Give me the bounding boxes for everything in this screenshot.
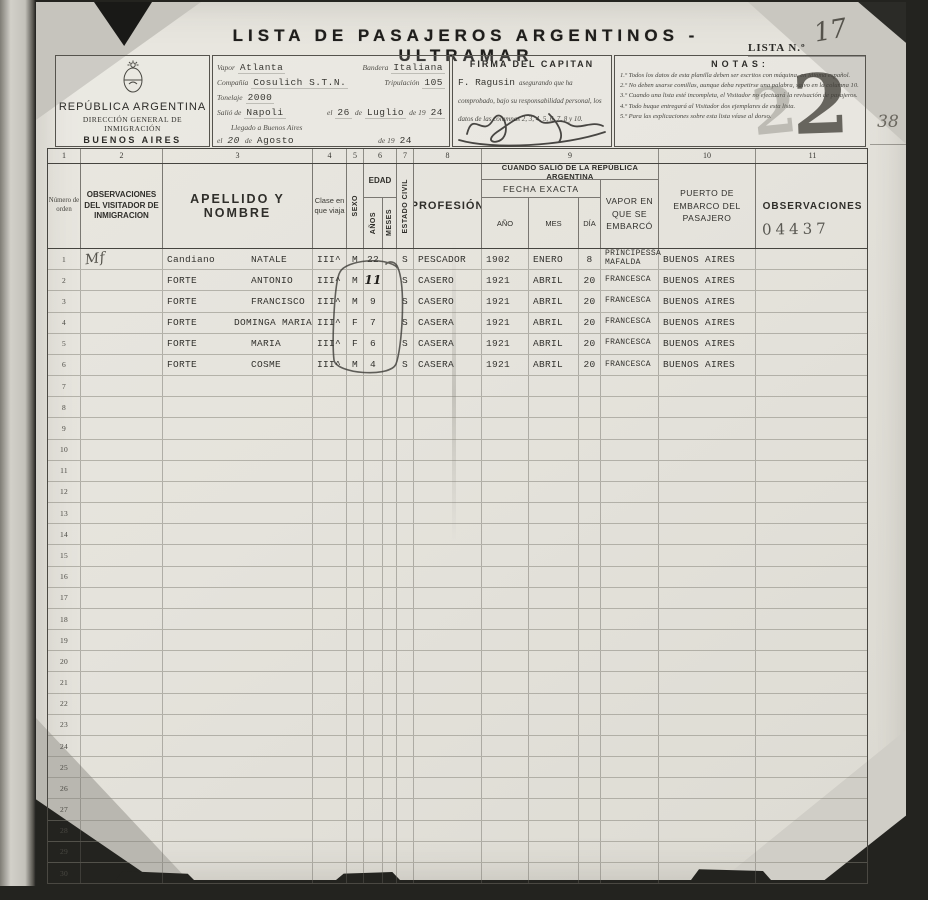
cell-row-number: 16 <box>48 567 81 587</box>
cell-apellido-nombre <box>163 694 313 714</box>
cell-obs <box>756 270 869 290</box>
salio-year: 24 <box>429 107 445 119</box>
cell-month <box>529 482 579 502</box>
table-row: 1MfCandianoNATALEIII^M22SPESCADOR1902ENE… <box>48 249 867 270</box>
cell-class <box>313 524 347 544</box>
cell-ship <box>601 567 659 587</box>
cell-months <box>383 588 397 608</box>
cell-sex <box>347 545 364 565</box>
cell-obs <box>756 863 869 883</box>
cell-obs <box>756 249 869 269</box>
cell-day <box>579 609 601 629</box>
header-numero: Número de orden <box>48 164 81 248</box>
col-number: 1 <box>48 149 81 163</box>
cell-ship <box>601 715 659 735</box>
cell-port <box>659 545 756 565</box>
cell-sex: M <box>347 270 364 290</box>
cell-port <box>659 757 756 777</box>
cell-day <box>579 503 601 523</box>
cell-row-number: 24 <box>48 736 81 756</box>
cell-day: 20 <box>579 355 601 375</box>
cell-apellido-nombre <box>163 651 313 671</box>
table-row: 15 <box>48 545 867 566</box>
cell-obs <box>756 313 869 333</box>
table-row: 19 <box>48 630 867 651</box>
cell-years <box>364 567 383 587</box>
cell-month: ABRIL <box>529 291 579 311</box>
cell-years: 11 <box>364 270 383 290</box>
ship-info-box: Vapor Atlanta Bandera Italiana Compañía … <box>212 55 450 147</box>
cell-visitador-obs <box>81 524 163 544</box>
cell-obs <box>756 821 869 841</box>
cell-port: BUENOS AIRES <box>659 313 756 333</box>
cell-year: 1921 <box>482 355 529 375</box>
cell-visitador-obs <box>81 291 163 311</box>
cell-year <box>482 376 529 396</box>
cell-months <box>383 291 397 311</box>
cell-sex <box>347 757 364 777</box>
cell-years <box>364 397 383 417</box>
cell-civil <box>397 651 414 671</box>
cell-class <box>313 482 347 502</box>
cell-visitador-obs <box>81 736 163 756</box>
cell-months <box>383 757 397 777</box>
cell-civil: S <box>397 313 414 333</box>
cell-civil <box>397 715 414 735</box>
cell-port <box>659 482 756 502</box>
cell-ship: FRANCESCA <box>601 334 659 354</box>
cell-port <box>659 461 756 481</box>
cell-years <box>364 609 383 629</box>
cell-month <box>529 418 579 438</box>
header-estado-civil: ESTADO CIVIL <box>397 164 414 248</box>
cell-years <box>364 418 383 438</box>
cell-class <box>313 609 347 629</box>
col-number: 5 <box>347 149 364 163</box>
cell-apellido-nombre <box>163 630 313 650</box>
cell-sex: F <box>347 313 364 333</box>
cell-row-number: 4 <box>48 313 81 333</box>
table-row: 3FORTEFRANCISCOIII^M9SCASERO1921ABRIL20F… <box>48 291 867 312</box>
cell-port <box>659 715 756 735</box>
cell-port <box>659 397 756 417</box>
cell-month: ABRIL <box>529 334 579 354</box>
cell-row-number: 7 <box>48 376 81 396</box>
cell-obs <box>756 630 869 650</box>
cell-port <box>659 503 756 523</box>
cell-class <box>313 799 347 819</box>
cell-class <box>313 672 347 692</box>
cell-profession <box>414 588 482 608</box>
cell-months <box>383 524 397 544</box>
cell-day <box>579 461 601 481</box>
cell-sex <box>347 715 364 735</box>
cell-day <box>579 778 601 798</box>
cell-year: 1921 <box>482 270 529 290</box>
table-row: 8 <box>48 397 867 418</box>
cell-class <box>313 461 347 481</box>
cell-years <box>364 651 383 671</box>
table-row: 30 <box>48 863 867 883</box>
page-number-handwritten: 38 <box>870 102 906 145</box>
cell-obs <box>756 842 869 862</box>
cell-apellido-nombre <box>163 842 313 862</box>
cell-day <box>579 736 601 756</box>
salio-day: 26 <box>335 107 351 119</box>
cell-row-number: 28 <box>48 821 81 841</box>
cell-row-number: 1 <box>48 249 81 269</box>
de-label: de <box>245 136 252 145</box>
cell-apellido-nombre: FORTEFRANCISCO <box>163 291 313 311</box>
cell-years <box>364 482 383 502</box>
header-apellido-nombre: APELLIDO Y NOMBRE <box>163 164 313 248</box>
cell-year <box>482 524 529 544</box>
table-row: 17 <box>48 588 867 609</box>
cell-civil <box>397 567 414 587</box>
cell-month <box>529 672 579 692</box>
cell-class <box>313 397 347 417</box>
cell-years <box>364 440 383 460</box>
cell-civil <box>397 630 414 650</box>
cell-ship <box>601 524 659 544</box>
cell-class <box>313 630 347 650</box>
cell-month <box>529 821 579 841</box>
cell-class <box>313 567 347 587</box>
stamp-number: 2 <box>791 63 851 147</box>
cell-class <box>313 588 347 608</box>
cell-row-number: 9 <box>48 418 81 438</box>
cell-years <box>364 821 383 841</box>
tonelaje-value: 2000 <box>246 92 275 104</box>
cell-civil: S <box>397 291 414 311</box>
cell-port <box>659 524 756 544</box>
cell-years: 9 <box>364 291 383 311</box>
table-row: 6FORTECOSMEIII^M4SCASERA1921ABRIL20FRANC… <box>48 355 867 376</box>
table-body: 1MfCandianoNATALEIII^M22SPESCADOR1902ENE… <box>47 249 868 884</box>
cell-ship <box>601 736 659 756</box>
cell-year <box>482 567 529 587</box>
cell-port: BUENOS AIRES <box>659 249 756 269</box>
cell-month <box>529 715 579 735</box>
cell-month <box>529 609 579 629</box>
cell-day <box>579 440 601 460</box>
cell-months <box>383 630 397 650</box>
cell-day <box>579 397 601 417</box>
cell-day <box>579 418 601 438</box>
cell-port <box>659 609 756 629</box>
cell-obs <box>756 291 869 311</box>
cell-visitador-obs <box>81 482 163 502</box>
cell-apellido-nombre <box>163 440 313 460</box>
cell-class <box>313 715 347 735</box>
cell-class <box>313 651 347 671</box>
cell-port <box>659 588 756 608</box>
cell-class <box>313 376 347 396</box>
tripulacion-value: 105 <box>422 77 445 89</box>
cell-day <box>579 672 601 692</box>
cell-port <box>659 842 756 862</box>
vapor-label: Vapor <box>217 63 235 72</box>
cell-civil <box>397 609 414 629</box>
llegado-year: 24 <box>398 135 414 147</box>
cell-sex <box>347 397 364 417</box>
bandera-value: Italiana <box>391 62 445 74</box>
cell-visitador-obs <box>81 821 163 841</box>
cell-obs <box>756 567 869 587</box>
cell-civil <box>397 482 414 502</box>
cell-civil <box>397 524 414 544</box>
compania-value: Cosulich S.T.N. <box>251 77 348 89</box>
cell-month <box>529 736 579 756</box>
cell-ship <box>601 799 659 819</box>
cell-obs <box>756 440 869 460</box>
cell-year <box>482 418 529 438</box>
cell-month <box>529 842 579 862</box>
cell-apellido-nombre: CandianoNATALE <box>163 249 313 269</box>
cell-ship <box>601 842 659 862</box>
cell-profession <box>414 376 482 396</box>
cell-apellido-nombre <box>163 545 313 565</box>
cell-row-number: 21 <box>48 672 81 692</box>
cell-class <box>313 503 347 523</box>
cell-profession <box>414 418 482 438</box>
cell-years: 6 <box>364 334 383 354</box>
header-edad: EDAD <box>364 164 397 198</box>
cell-sex <box>347 609 364 629</box>
col-number: 2 <box>81 149 163 163</box>
cell-apellido-nombre: FORTEDOMINGA MARIA <box>163 313 313 333</box>
el-label: el <box>327 108 332 117</box>
cell-years <box>364 524 383 544</box>
table-row: 10 <box>48 440 867 461</box>
cell-profession <box>414 694 482 714</box>
cell-obs <box>756 503 869 523</box>
cell-class: III^ <box>313 291 347 311</box>
col-number: 6 <box>364 149 397 163</box>
cell-profession <box>414 545 482 565</box>
header-cuando-salio: CUANDO SALIÓ DE LA REPÚBLICA ARGENTINA <box>482 164 659 180</box>
cell-profession: CASERA <box>414 334 482 354</box>
cell-port: BUENOS AIRES <box>659 270 756 290</box>
cell-civil <box>397 588 414 608</box>
cell-visitador-obs <box>81 503 163 523</box>
cell-ship <box>601 609 659 629</box>
cell-months <box>383 461 397 481</box>
cell-port <box>659 863 756 883</box>
llegado-day: 20 <box>225 135 241 147</box>
cell-ship <box>601 440 659 460</box>
cell-row-number: 17 <box>48 588 81 608</box>
cell-visitador-obs <box>81 863 163 883</box>
cell-year <box>482 863 529 883</box>
de-label: de <box>355 108 362 117</box>
cell-obs <box>756 736 869 756</box>
cell-civil <box>397 503 414 523</box>
vapor-value: Atlanta <box>238 62 285 74</box>
cell-sex <box>347 440 364 460</box>
col-number: 7 <box>397 149 414 163</box>
cell-year: 1921 <box>482 291 529 311</box>
cell-months <box>383 842 397 862</box>
cell-apellido-nombre <box>163 461 313 481</box>
el-label: el <box>217 136 222 145</box>
cell-obs <box>756 334 869 354</box>
cell-profession: CASERO <box>414 270 482 290</box>
cell-months <box>383 651 397 671</box>
cell-sex <box>347 736 364 756</box>
cell-ship <box>601 376 659 396</box>
cell-civil <box>397 440 414 460</box>
cell-port <box>659 799 756 819</box>
cell-year <box>482 397 529 417</box>
cell-year <box>482 799 529 819</box>
cell-visitador-obs <box>81 778 163 798</box>
cell-class <box>313 821 347 841</box>
cell-visitador-obs <box>81 609 163 629</box>
salio-port: Napoli <box>244 107 285 119</box>
cell-months <box>383 270 397 290</box>
cell-years <box>364 757 383 777</box>
tripulacion-label: Tripulación <box>384 78 419 87</box>
cell-years <box>364 630 383 650</box>
cell-day <box>579 651 601 671</box>
compania-label: Compañía <box>217 78 248 87</box>
cell-month <box>529 757 579 777</box>
table-row: 29 <box>48 842 867 863</box>
table-row: 28 <box>48 821 867 842</box>
cell-years <box>364 842 383 862</box>
cell-visitador-obs <box>81 842 163 862</box>
header-ano: AÑO <box>482 198 529 248</box>
cell-civil: S <box>397 355 414 375</box>
cell-port <box>659 736 756 756</box>
cell-months <box>383 376 397 396</box>
cell-row-number: 6 <box>48 355 81 375</box>
cell-years <box>364 715 383 735</box>
cell-month <box>529 567 579 587</box>
cell-ship <box>601 588 659 608</box>
cell-row-number: 8 <box>48 397 81 417</box>
cell-months <box>383 799 397 819</box>
cell-obs <box>756 588 869 608</box>
cell-port <box>659 418 756 438</box>
cell-sex <box>347 778 364 798</box>
table-row: 26 <box>48 778 867 799</box>
cell-profession <box>414 672 482 692</box>
cell-year <box>482 651 529 671</box>
cell-visitador-obs <box>81 397 163 417</box>
cell-day <box>579 376 601 396</box>
cell-profession: CASERO <box>414 291 482 311</box>
cell-port: BUENOS AIRES <box>659 334 756 354</box>
cell-years: 4 <box>364 355 383 375</box>
cell-sex <box>347 842 364 862</box>
cell-row-number: 12 <box>48 482 81 502</box>
cell-years <box>364 503 383 523</box>
cell-month <box>529 397 579 417</box>
cell-year <box>482 842 529 862</box>
cell-day <box>579 821 601 841</box>
table-row: 27 <box>48 799 867 820</box>
cell-day <box>579 567 601 587</box>
cell-ship <box>601 863 659 883</box>
cell-civil <box>397 863 414 883</box>
cell-row-number: 14 <box>48 524 81 544</box>
adjacent-page-edge <box>0 0 36 886</box>
cell-day <box>579 799 601 819</box>
cell-ship <box>601 482 659 502</box>
cell-profession <box>414 842 482 862</box>
cell-sex <box>347 630 364 650</box>
cell-profession: PESCADOR <box>414 249 482 269</box>
cell-profession <box>414 757 482 777</box>
cell-visitador-obs <box>81 545 163 565</box>
cell-civil: S <box>397 334 414 354</box>
cell-ship <box>601 757 659 777</box>
cell-civil <box>397 418 414 438</box>
cell-months <box>383 440 397 460</box>
cell-profession <box>414 799 482 819</box>
col-number: 4 <box>313 149 347 163</box>
cell-apellido-nombre: FORTECOSME <box>163 355 313 375</box>
cell-months <box>383 482 397 502</box>
cell-ship <box>601 778 659 798</box>
cell-apellido-nombre <box>163 715 313 735</box>
lista-number-handwritten: 17 <box>812 13 850 48</box>
cell-apellido-nombre <box>163 397 313 417</box>
cell-visitador-obs <box>81 418 163 438</box>
cell-sex <box>347 672 364 692</box>
header-puerto: PUERTO DE EMBARCO DEL PASAJERO <box>659 164 756 248</box>
cell-row-number: 5 <box>48 334 81 354</box>
cell-sex <box>347 651 364 671</box>
table-header: Número de orden OBSERVACIONES DEL VISITA… <box>47 164 868 249</box>
cell-class: III^ <box>313 334 347 354</box>
cell-month <box>529 799 579 819</box>
col-number: 9 <box>482 149 659 163</box>
table-row: 18 <box>48 609 867 630</box>
cell-apellido-nombre <box>163 376 313 396</box>
cell-months <box>383 863 397 883</box>
cell-year: 1921 <box>482 334 529 354</box>
cell-obs <box>756 694 869 714</box>
agency-box: REPÚBLICA ARGENTINA DIRECCIÓN GENERAL DE… <box>55 55 210 147</box>
table-row: 25 <box>48 757 867 778</box>
cell-apellido-nombre <box>163 863 313 883</box>
header-observaciones: OBSERVACIONES <box>756 164 869 248</box>
cell-obs <box>756 609 869 629</box>
cell-civil <box>397 757 414 777</box>
cell-visitador-obs <box>81 672 163 692</box>
cell-civil <box>397 694 414 714</box>
header-visitador: OBSERVACIONES DEL VISITADOR DE INMIGRACI… <box>81 164 163 248</box>
header-anos: AÑOS <box>364 198 383 248</box>
cell-sex <box>347 461 364 481</box>
document-page: LISTA DE PASAJEROS ARGENTINOS - ULTRAMAR… <box>36 2 906 880</box>
captain-signature <box>453 94 613 148</box>
cell-obs <box>756 461 869 481</box>
llegado-label: Llegado a Buenos Aires <box>231 123 302 132</box>
cell-apellido-nombre: FORTEMARIA <box>163 334 313 354</box>
cell-obs <box>756 418 869 438</box>
cell-month <box>529 651 579 671</box>
cell-months <box>383 397 397 417</box>
cell-ship <box>601 672 659 692</box>
cell-visitador-obs <box>81 651 163 671</box>
cell-profession <box>414 609 482 629</box>
header-clase: Clase en que viaja <box>313 164 347 248</box>
de19-label: de 19 <box>378 136 394 145</box>
